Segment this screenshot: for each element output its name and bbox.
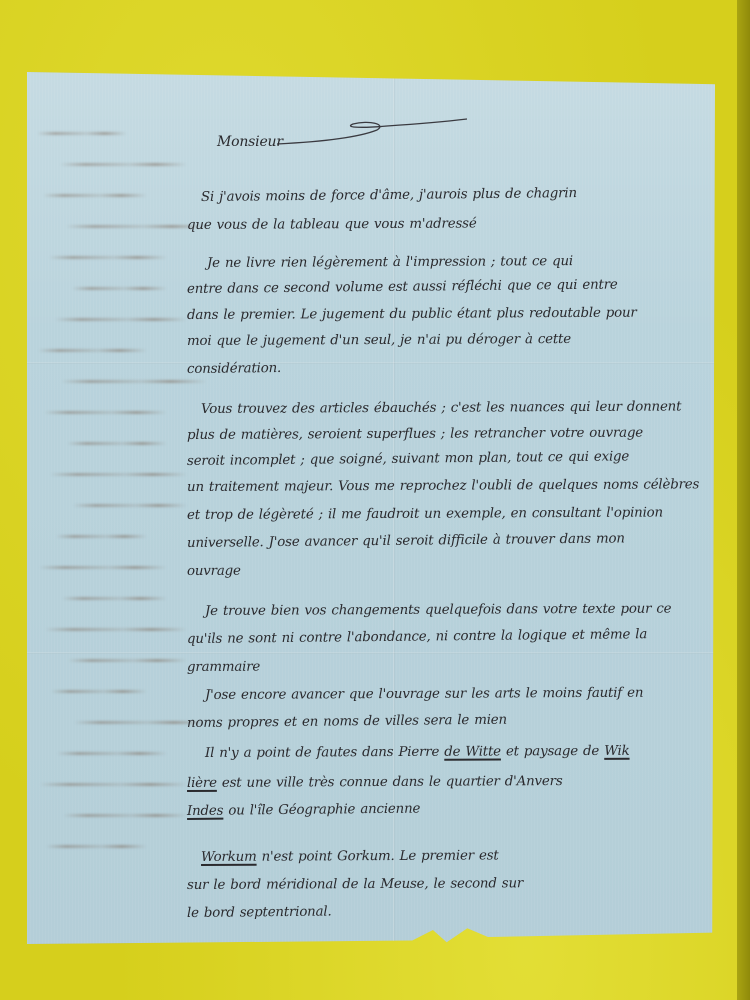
letter-line: considération. — [187, 361, 281, 377]
bleed-through-line — [57, 752, 167, 755]
bleed-through-line — [40, 783, 187, 786]
bleed-through-line — [67, 442, 167, 445]
letter-line: grammaire — [187, 660, 260, 675]
letter-line: universelle. J'ose avancer qu'il seroit … — [187, 531, 625, 551]
bleed-through-line — [60, 163, 187, 166]
bleed-through-line — [37, 132, 127, 135]
bleed-through-line — [50, 473, 187, 476]
letter-line: qu'ils ne sont ni contre l'abondance, ni… — [187, 627, 647, 647]
bleed-through-line — [72, 287, 167, 290]
letter-line: J'ose encore avancer que l'ouvrage sur l… — [205, 686, 643, 703]
letter-line: le bord septentrional. — [187, 904, 332, 921]
letter-line: Je trouve bien vos changements quelquefo… — [205, 602, 671, 619]
bleed-through-line — [61, 380, 207, 383]
bleed-through-line — [51, 690, 147, 693]
bleed-through-line — [68, 659, 187, 662]
bleed-through-line — [63, 814, 187, 817]
letter-line: seroit incomplet ; que soigné, suivant m… — [187, 449, 629, 469]
letter-line: Vous trouvez des articles ébauchés ; c'e… — [201, 399, 681, 417]
flourish-icon — [277, 116, 467, 146]
bleed-through-line — [62, 597, 167, 600]
letter-line: noms propres et en noms de villes sera l… — [187, 713, 507, 731]
bleed-through-line — [45, 628, 187, 631]
bleed-through-line — [39, 566, 167, 569]
bleed-through-line — [43, 194, 147, 197]
bleed-through-line — [55, 318, 187, 321]
letter-line: Je ne livre rien légèrement à l'impressi… — [207, 254, 573, 271]
letter-line: lière est une ville très connue dans le … — [187, 774, 563, 791]
letter-line: que vous de la tableau que vous m'adress… — [187, 216, 477, 233]
letter-line: Il n'y a point de fautes dans Pierre de … — [205, 744, 630, 761]
bleed-through-line — [73, 504, 187, 507]
bleed-through-line — [56, 535, 147, 538]
backdrop-shadow-edge — [737, 0, 750, 1000]
bleed-through-line — [46, 845, 147, 848]
ink-bleed-through-margin — [37, 132, 187, 876]
letter-line: dans le premier. Le jugement du public é… — [187, 306, 637, 323]
bleed-through-line — [49, 256, 167, 259]
letter-line: un traitement majeur. Vous me reprochez … — [187, 477, 699, 495]
bleed-through-line — [44, 411, 167, 414]
letter-line: moi que le jugement d'un seul, je n'ai p… — [187, 332, 571, 349]
letter-line: Indes ou l'île Géographie ancienne — [187, 802, 420, 819]
bleed-through-line — [66, 225, 207, 228]
letter-line: Si j'avois moins de force d'âme, j'auroi… — [201, 186, 577, 205]
salutation: Monsieur — [217, 134, 283, 150]
bleed-through-line — [38, 349, 147, 352]
letter-line: ouvrage — [187, 564, 241, 579]
letter-line: et trop de légèreté ; il me faudroit un … — [187, 506, 663, 523]
letter-line: sur le bord méridional de la Meuse, le s… — [187, 876, 523, 893]
letter-line: Workum n'est point Gorkum. Le premier es… — [201, 848, 499, 865]
letter-line: entre dans ce second volume est aussi ré… — [187, 277, 618, 297]
letter-line: plus de matières, seroient superflues ; … — [187, 426, 643, 443]
letter-paper: Monsieur Si j'avois moins de force d'âme… — [27, 72, 715, 944]
